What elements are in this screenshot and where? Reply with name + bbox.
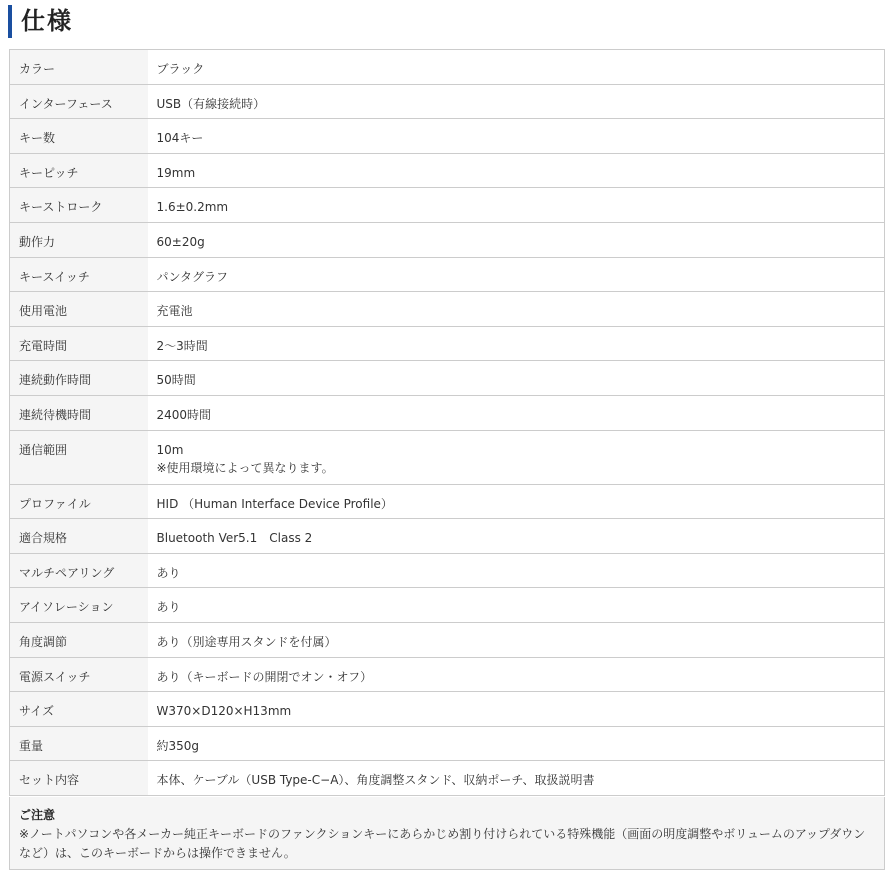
spec-value: HID （Human Interface Device Profile） — [148, 484, 885, 519]
table-row: インターフェース USB（有線接続時） — [10, 84, 885, 119]
table-row: 連続待機時間 2400時間 — [10, 395, 885, 430]
table-row: サイズ W370×D120×H13mm — [10, 692, 885, 727]
spec-label: 通信範囲 — [10, 430, 148, 484]
spec-label: 適合規格 — [10, 519, 148, 554]
table-row: 角度調節 あり（別途専用スタンドを付属） — [10, 622, 885, 657]
spec-label: サイズ — [10, 692, 148, 727]
table-row: 適合規格 Bluetooth Ver5.1 Class 2 — [10, 519, 885, 554]
spec-value: 19mm — [148, 153, 885, 188]
spec-value: 本体、ケーブル（USB Type-C−A）、角度調整スタンド、収納ポーチ、取扱説… — [148, 761, 885, 796]
spec-table: カラー ブラック インターフェース USB（有線接続時） キー数 104キー キ… — [9, 49, 885, 796]
spec-label: 重量 — [10, 726, 148, 761]
table-row: キー数 104キー — [10, 119, 885, 154]
spec-value: あり — [148, 553, 885, 588]
spec-label: プロファイル — [10, 484, 148, 519]
caution-body: ※ノートパソコンや各メーカー純正キーボードのファンクションキーにあらかじめ割り付… — [19, 825, 875, 863]
table-row: 連続動作時間 50時間 — [10, 361, 885, 396]
spec-label: セット内容 — [10, 761, 148, 796]
table-row: 重量 約350g — [10, 726, 885, 761]
spec-value: Bluetooth Ver5.1 Class 2 — [148, 519, 885, 554]
table-row: プロファイル HID （Human Interface Device Profi… — [10, 484, 885, 519]
table-row: セット内容 本体、ケーブル（USB Type-C−A）、角度調整スタンド、収納ポ… — [10, 761, 885, 796]
spec-value: 10m ※使用環境によって異なります。 — [148, 430, 885, 484]
table-row: 充電時間 2〜3時間 — [10, 326, 885, 361]
spec-label: アイソレーション — [10, 588, 148, 623]
table-row: 通信範囲 10m ※使用環境によって異なります。 — [10, 430, 885, 484]
spec-label: キースイッチ — [10, 257, 148, 292]
caution-note: ご注意 ※ノートパソコンや各メーカー純正キーボードのファンクションキーにあらかじ… — [9, 797, 885, 870]
table-row: キースイッチ パンタグラフ — [10, 257, 885, 292]
spec-label: マルチペアリング — [10, 553, 148, 588]
spec-value: あり（別途専用スタンドを付属） — [148, 622, 885, 657]
table-row: 動作力 60±20g — [10, 222, 885, 257]
table-row: 電源スイッチ あり（キーボードの開閉でオン・オフ） — [10, 657, 885, 692]
page-title: 仕様 — [8, 5, 73, 38]
spec-label: キー数 — [10, 119, 148, 154]
table-row: キーストローク 1.6±0.2mm — [10, 188, 885, 223]
spec-label: 動作力 — [10, 222, 148, 257]
spec-label: カラー — [10, 50, 148, 85]
spec-value: 2400時間 — [148, 395, 885, 430]
spec-label: 使用電池 — [10, 292, 148, 327]
spec-value: W370×D120×H13mm — [148, 692, 885, 727]
spec-label: 連続動作時間 — [10, 361, 148, 396]
table-row: 使用電池 充電池 — [10, 292, 885, 327]
spec-value: 50時間 — [148, 361, 885, 396]
caution-title: ご注意 — [19, 806, 875, 825]
spec-value: パンタグラフ — [148, 257, 885, 292]
spec-value: 1.6±0.2mm — [148, 188, 885, 223]
spec-value: 60±20g — [148, 222, 885, 257]
spec-label: 充電時間 — [10, 326, 148, 361]
table-row: マルチペアリング あり — [10, 553, 885, 588]
spec-label: 電源スイッチ — [10, 657, 148, 692]
spec-value: 充電池 — [148, 292, 885, 327]
spec-value: 2〜3時間 — [148, 326, 885, 361]
spec-value: あり（キーボードの開閉でオン・オフ） — [148, 657, 885, 692]
table-row: カラー ブラック — [10, 50, 885, 85]
spec-value: 104キー — [148, 119, 885, 154]
spec-label: インターフェース — [10, 84, 148, 119]
spec-value: あり — [148, 588, 885, 623]
table-row: アイソレーション あり — [10, 588, 885, 623]
spec-value: ブラック — [148, 50, 885, 85]
spec-value: USB（有線接続時） — [148, 84, 885, 119]
spec-label: キーストローク — [10, 188, 148, 223]
spec-label: キーピッチ — [10, 153, 148, 188]
table-row: キーピッチ 19mm — [10, 153, 885, 188]
spec-value: 約350g — [148, 726, 885, 761]
spec-label: 連続待機時間 — [10, 395, 148, 430]
spec-label: 角度調節 — [10, 622, 148, 657]
